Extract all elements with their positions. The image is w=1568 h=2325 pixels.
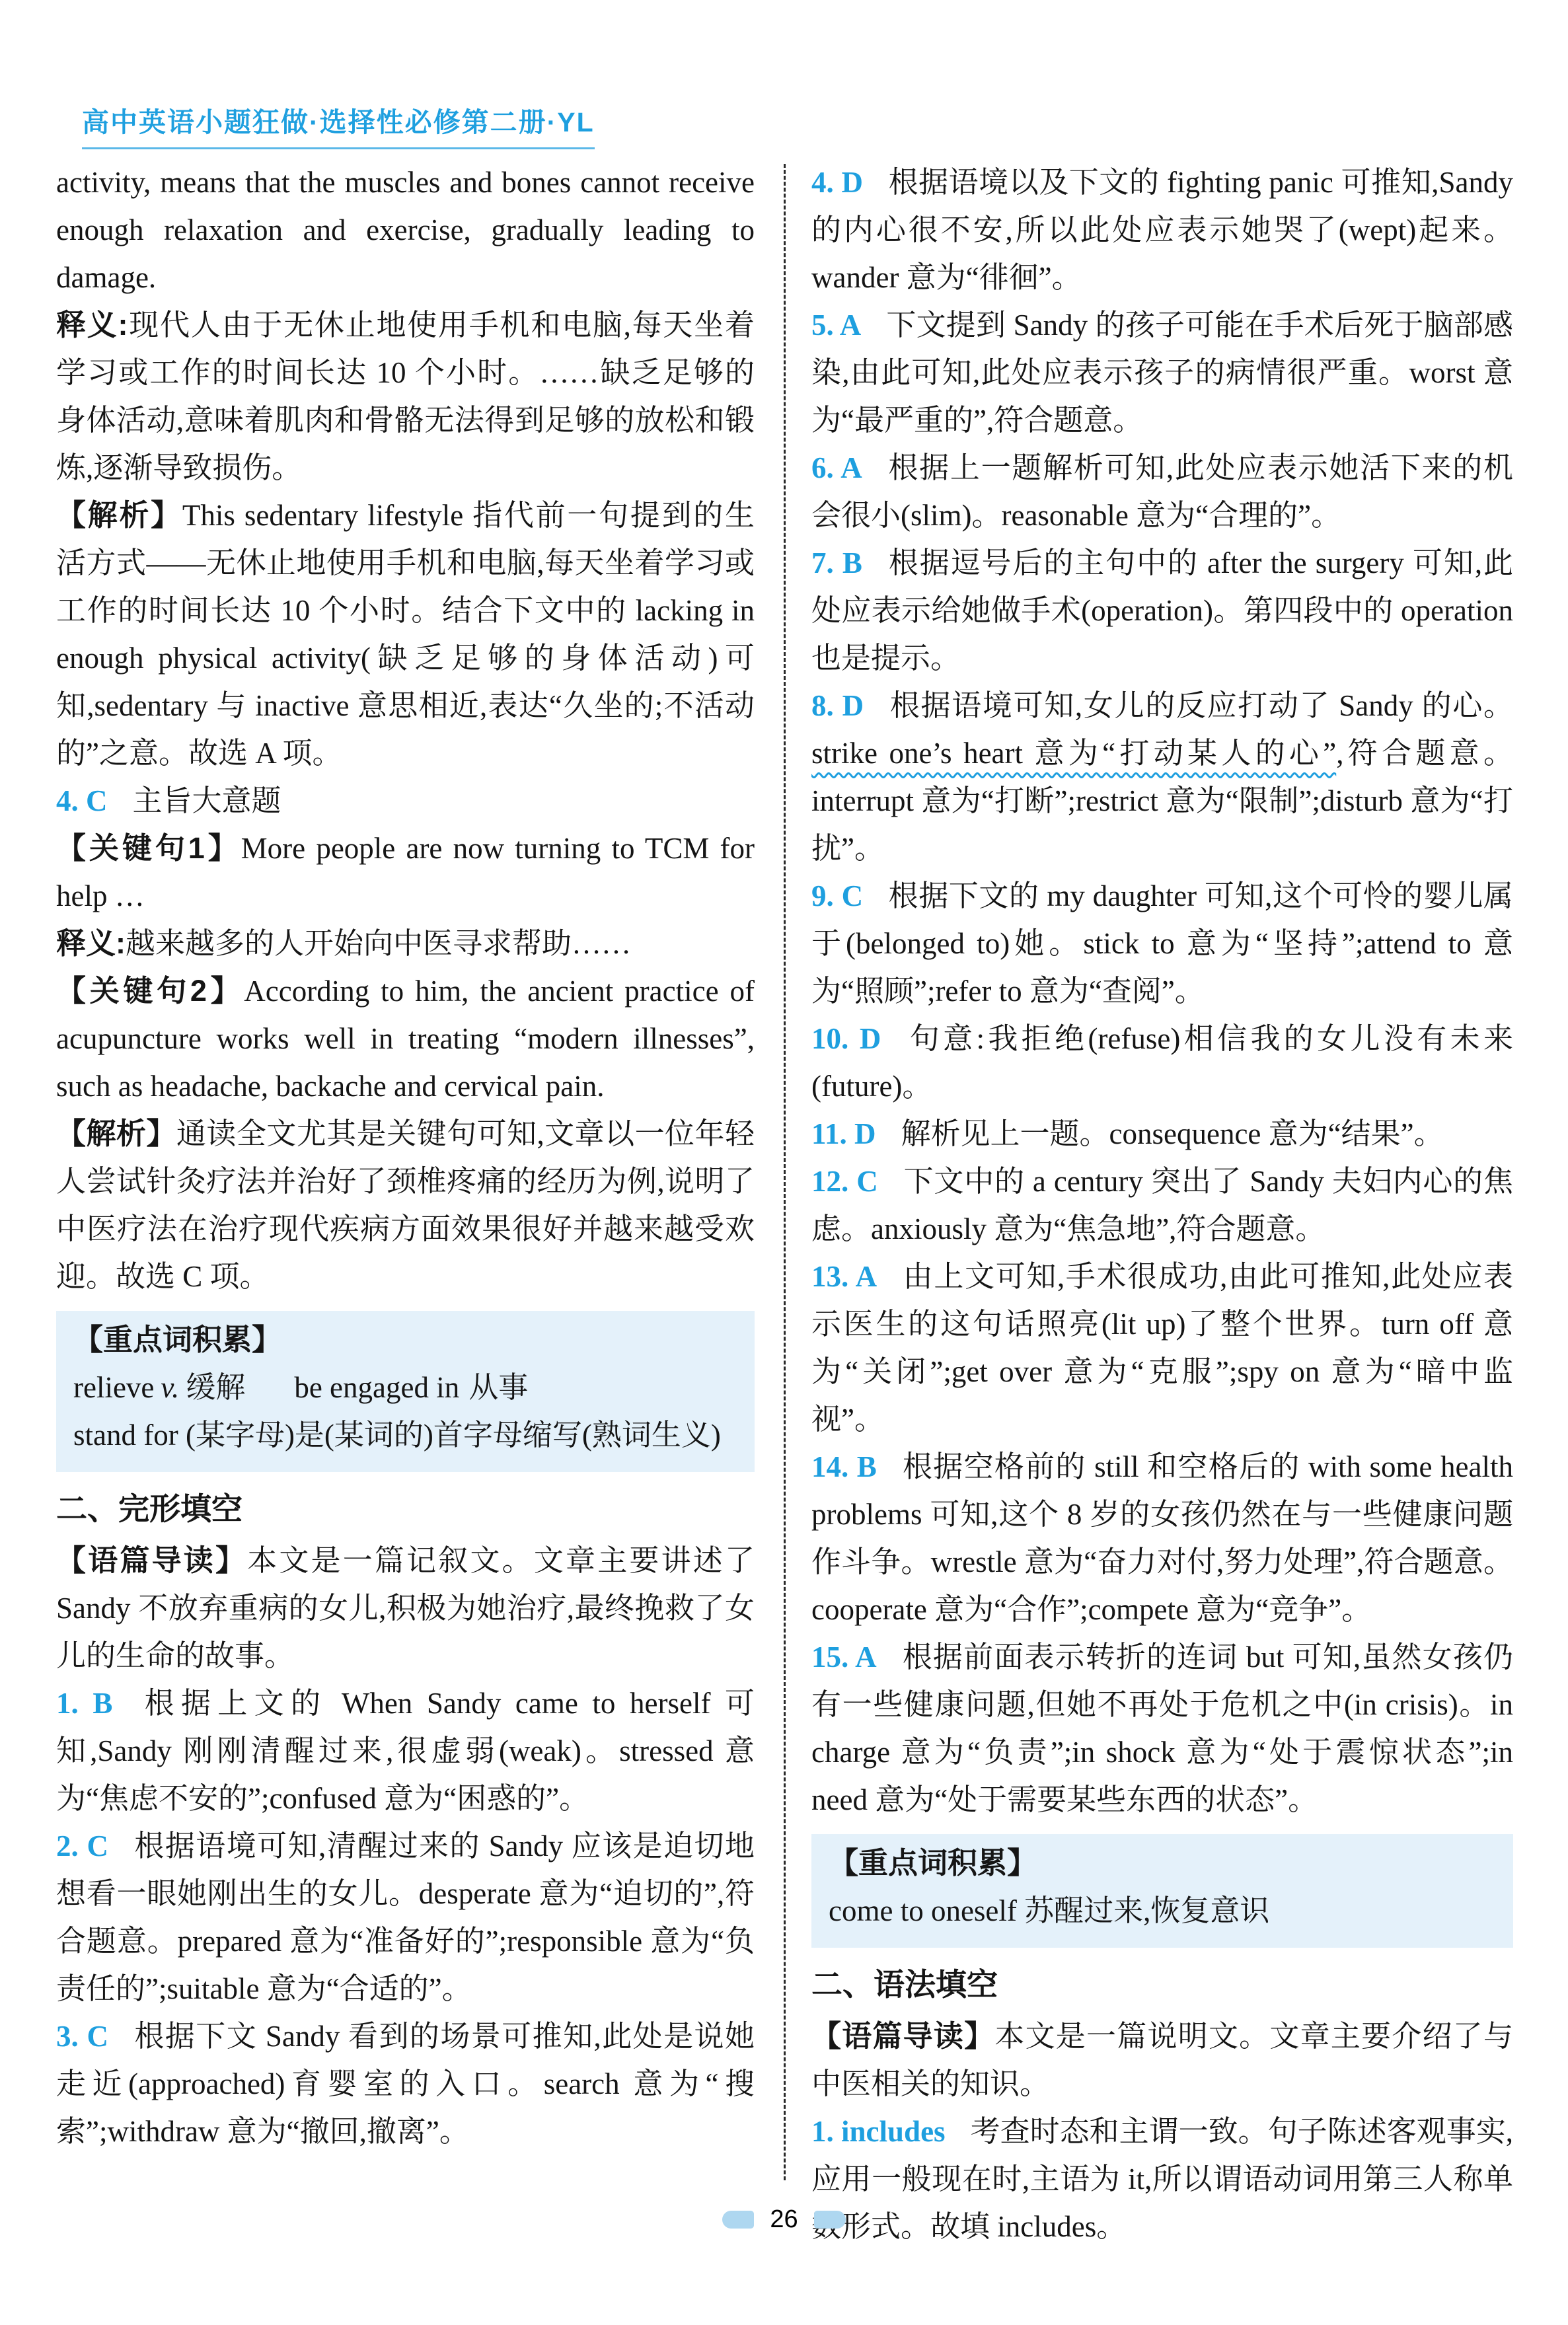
answer-item-8d: 8. D根据语境可知,女儿的反应打动了 Sandy 的心。strike one’…	[811, 682, 1513, 872]
jiexi-label: 【解析】	[56, 498, 182, 532]
answer-number: 5. A	[811, 309, 861, 342]
answer-number: 14. B	[811, 1450, 877, 1483]
answer-text: 由上文可知,手术很成功,由此可推知,此处应表示医生的这句话照亮(lit up)了…	[811, 1260, 1513, 1436]
key-sentence-label: 【关键句2】	[56, 974, 244, 1008]
page-header-title: 高中英语小题狂做·选择性必修第二册·YL	[82, 100, 595, 149]
answer-number: 4. D	[811, 166, 863, 199]
answer-number: 2. C	[56, 1829, 108, 1863]
answer-text: 句意:我拒绝(refuse)相信我的女儿没有未来(future)。	[811, 1022, 1513, 1103]
shiyi-paragraph-2: 释义:越来越多的人开始向中医寻求帮助……	[56, 920, 755, 967]
answer-item-2c: 2. C根据语境可知,清醒过来的 Sandy 应该是迫切地想看一眼她刚出生的女儿…	[56, 1822, 755, 2012]
answer-item-4d: 4. D根据语境以及下文的 fighting panic 可推知,Sandy 的…	[811, 159, 1513, 301]
answer-text: 主旨大意题	[133, 784, 281, 817]
key-sentence-1: 【关键句1】More people are now turning to TCM…	[56, 825, 755, 920]
answer-number: 3. C	[56, 2020, 108, 2053]
answer-text: 下文中的 a century 突出了 Sandy 夫妇内心的焦虑。anxious…	[811, 1165, 1513, 1245]
answer-item-9c: 9. C根据下文的 my daughter 可知,这个可怜的婴儿属于(belon…	[811, 872, 1513, 1015]
answer-number: 13. A	[811, 1260, 877, 1293]
answer-number: 7. B	[811, 546, 862, 579]
answer-item-12c: 12. C下文中的 a century 突出了 Sandy 夫妇内心的焦虑。an…	[811, 1158, 1513, 1253]
answer-text: 根据语境可知,清醒过来的 Sandy 应该是迫切地想看一眼她刚出生的女儿。des…	[56, 1829, 755, 2005]
answer-item-11d: 11. D解析见上一题。consequence 意为“结果”。	[811, 1110, 1513, 1158]
section-heading-cloze: 二、完形填空	[56, 1483, 755, 1535]
answer-item-13a: 13. A由上文可知,手术很成功,由此可推知,此处应表示医生的这句话照亮(lit…	[811, 1253, 1513, 1443]
answer-number: 1. B	[56, 1687, 112, 1720]
answer-number: 12. C	[811, 1165, 878, 1198]
answer-item-10d: 10. D句意:我拒绝(refuse)相信我的女儿没有未来(future)。	[811, 1015, 1513, 1110]
vocab-meaning: 缓解	[186, 1371, 245, 1404]
answer-text: 根据前面表示转折的连词 but 可知,虽然女孩仍有一些健康问题,但她不再处于危机…	[811, 1641, 1513, 1816]
jiexi-text: This sedentary lifestyle 指代前一句提到的生活方式——无…	[56, 499, 755, 770]
shiyi-label: 释义:	[56, 308, 128, 342]
answer-text: 根据逗号后的主句中的 after the surgery 可知,此处应表示给她做…	[811, 546, 1513, 675]
guide-label: 【语篇导读】	[56, 1543, 247, 1577]
vocab-box-right: 【重点词积累】 come to oneself 苏醒过来,恢复意识	[811, 1834, 1513, 1948]
shiyi-text: 现代人由于无休止地使用手机和电脑,每天坐着学习或工作的时间长达 10 个小时。……	[56, 309, 755, 484]
page-number-pill-right-icon	[814, 2211, 846, 2229]
answer-text: 根据下文 Sandy 看到的场景可推知,此处是说她走近(approached)育…	[56, 2020, 755, 2148]
vocab-line-1: relievev.缓解be engaged in从事	[73, 1364, 737, 1411]
vocab-box-left: 【重点词积累】 relievev.缓解be engaged in从事 stand…	[56, 1311, 755, 1472]
vocab-line-2: stand for (某字母)是(某词的)首字母缩写(熟词生义)	[73, 1411, 737, 1459]
jiexi-label: 【解析】	[56, 1117, 176, 1150]
passage-guide-right: 【语篇导读】本文是一篇说明文。文章主要介绍了与中医相关的知识。	[811, 2012, 1513, 2108]
textbook-answer-page: 高中英语小题狂做·选择性必修第二册·YL activity, means tha…	[0, 0, 1568, 2325]
shiyi-text: 越来越多的人开始向中医寻求帮助……	[126, 927, 631, 960]
answer-number: 11. D	[811, 1117, 876, 1150]
vocab-pos: v.	[161, 1371, 179, 1404]
answer-number: 9. C	[811, 879, 863, 912]
answer-text: 解析见上一题。consequence 意为“结果”。	[901, 1117, 1444, 1150]
right-column: 4. D根据语境以及下文的 fighting panic 可推知,Sandy 的…	[811, 159, 1513, 2250]
intro-paragraph: activity, means that the muscles and bon…	[56, 159, 755, 301]
page-number-pill-left-icon	[722, 2211, 754, 2229]
answer-number: 15. A	[811, 1641, 877, 1674]
answer-number: 4. C	[56, 784, 108, 817]
answer-number: 8. D	[811, 689, 864, 722]
answer-item-7b: 7. B根据逗号后的主句中的 after the surgery 可知,此处应表…	[811, 539, 1513, 682]
answer-item-4c: 4. C主旨大意题	[56, 777, 755, 825]
vocab-line-1: come to oneself 苏醒过来,恢复意识	[829, 1887, 1496, 1935]
answer-item-1b: 1. B根据上文的 When Sandy came to herself 可知,…	[56, 1679, 755, 1822]
shiyi-label: 释义:	[56, 926, 126, 960]
vocab-box-title: 【重点词积累】	[829, 1839, 1496, 1887]
answer-number: 1. includes	[811, 2115, 946, 2148]
guide-label: 【语篇导读】	[811, 2019, 994, 2053]
vocab-word: be engaged in	[294, 1371, 459, 1404]
answer-item-6a: 6. A根据上一题解析可知,此处应表示她活下来的机会很小(slim)。reaso…	[811, 444, 1513, 539]
answer-text: 根据空格前的 still 和空格后的 with some health prob…	[811, 1450, 1513, 1626]
shiyi-paragraph-1: 释义:现代人由于无休止地使用手机和电脑,每天坐着学习或工作的时间长达 10 个小…	[56, 301, 755, 492]
vocab-box-title: 【重点词积累】	[73, 1316, 737, 1364]
answer-text: 根据语境可知,女儿的反应打动了 Sandy 的心。	[889, 689, 1513, 722]
page-number: 26	[770, 2207, 798, 2232]
column-divider	[784, 164, 786, 2180]
answer-text: 下文提到 Sandy 的孩子可能在手术后死于脑部感染,由此可知,此处应表示孩子的…	[811, 309, 1513, 437]
answer-number: 6. A	[811, 451, 862, 484]
key-sentence-2: 【关键句2】According to him, the ancient prac…	[56, 967, 755, 1110]
answer-text: 根据语境以及下文的 fighting panic 可推知,Sandy 的内心很不…	[811, 166, 1513, 294]
answer-item-3c: 3. C根据下文 Sandy 看到的场景可推知,此处是说她走近(approach…	[56, 2012, 755, 2155]
answer-item-5a: 5. A下文提到 Sandy 的孩子可能在手术后死于脑部感染,由此可知,此处应表…	[811, 301, 1513, 444]
answer-text: 根据下文的 my daughter 可知,这个可怜的婴儿属于(belonged …	[811, 879, 1513, 1008]
answer-item-15a: 15. A根据前面表示转折的连词 but 可知,虽然女孩仍有一些健康问题,但她不…	[811, 1633, 1513, 1824]
jiexi-paragraph-1: 【解析】This sedentary lifestyle 指代前一句提到的生活方…	[56, 492, 755, 777]
jiexi-paragraph-2: 【解析】通读全文尤其是关键句可知,文章以一位年轻人尝试针灸疗法并治好了颈椎疼痛的…	[56, 1110, 755, 1300]
wavy-underlined-phrase: strike one’s heart 意为“打动某人的心”	[811, 737, 1336, 770]
vocab-meaning: 从事	[468, 1371, 528, 1404]
answer-text: 根据上一题解析可知,此处应表示她活下来的机会很小(slim)。reasonabl…	[811, 451, 1513, 532]
passage-guide-left: 【语篇导读】本文是一篇记叙文。文章主要讲述了 Sandy 不放弃重病的女儿,积极…	[56, 1537, 755, 1679]
answer-number: 10. D	[811, 1022, 881, 1055]
key-sentence-label: 【关键句1】	[56, 831, 241, 865]
answer-item-14b: 14. B根据空格前的 still 和空格后的 with some health…	[811, 1443, 1513, 1633]
page-footer: 26	[0, 2207, 1568, 2232]
section-heading-grammar: 二、语法填空	[811, 1958, 1513, 2011]
answer-text: 根据上文的 When Sandy came to herself 可知,Sand…	[56, 1687, 755, 1815]
left-column: activity, means that the muscles and bon…	[56, 159, 755, 2155]
vocab-word: relieve	[73, 1371, 154, 1404]
